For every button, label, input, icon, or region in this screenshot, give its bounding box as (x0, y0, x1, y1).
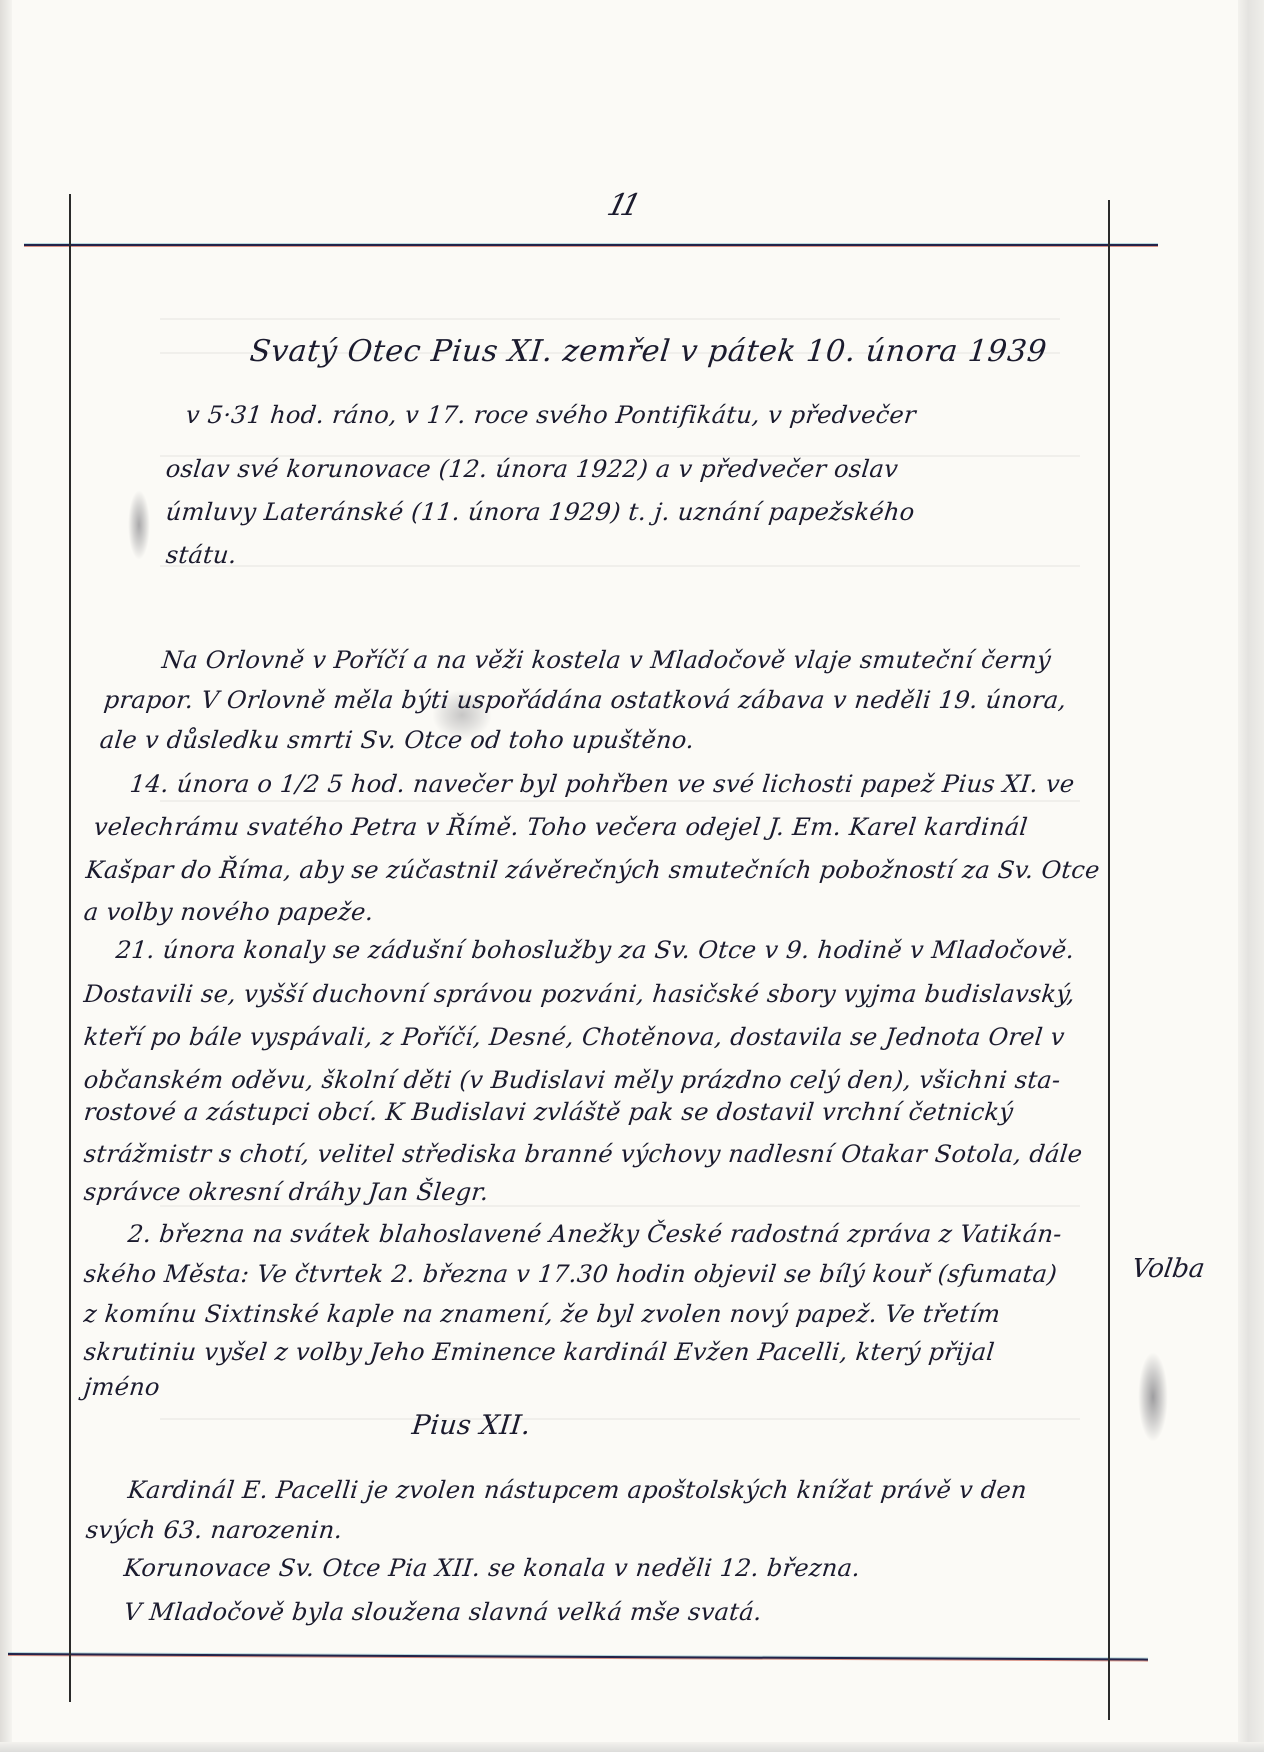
text-line: velechrámu svatého Petra v Římě. Toho ve… (93, 815, 1029, 839)
text-line: Dostavili se, vyšší duchovní správou poz… (83, 982, 1077, 1006)
ink-smudge (128, 490, 150, 560)
right-margin-line (1108, 200, 1110, 1720)
chronicle-page: 11 Svatý Otec Pius XI. zemřel v pátek 10… (0, 0, 1264, 1752)
text-line: v 5·31 hod. ráno, v 17. roce svého Ponti… (185, 403, 917, 427)
scan-edge-left (0, 0, 12, 1752)
text-line: státu. (165, 543, 238, 567)
bleed-through-line (160, 565, 1080, 567)
scan-edge-right (1238, 0, 1264, 1752)
bottom-rule-line (8, 1653, 1148, 1661)
text-line: úmluvy Lateránské (11. února 1929) t. j.… (165, 500, 916, 524)
text-line: jméno (83, 1375, 161, 1399)
text-line: a volby nového papeže. (83, 900, 375, 924)
top-rule-line (24, 244, 1158, 246)
text-line: skrutiniu vyšel z volby Jeho Eminence ka… (83, 1340, 996, 1364)
text-line: Kašpar do Říma, aby se zúčastnil závěreč… (85, 858, 1101, 882)
text-line: Kardinál E. Pacelli je zvolen nástupcem … (127, 1478, 1028, 1502)
text-line: ale v důsledku smrti Sv. Otce od toho up… (99, 728, 696, 752)
text-line: strážmistr s chotí, velitel střediska br… (83, 1142, 1084, 1166)
text-line: svých 63. narozenin. (85, 1518, 344, 1542)
left-margin-line (69, 194, 71, 1702)
text-line: prapor. V Orlovně měla býti uspořádána o… (103, 688, 1068, 712)
text-line: správce okresní dráhy Jan Šlegr. (83, 1180, 490, 1204)
text-line: 14. února o 1/2 5 hod. navečer byl pohřb… (129, 772, 1076, 796)
text-line: z komínu Sixtinské kaple na znamení, že … (83, 1302, 1002, 1326)
text-line: rostové a zástupci obcí. K Budislavi zvl… (83, 1100, 1015, 1124)
text-line: 2. března na svátek blahoslavené Anežky … (127, 1222, 1063, 1246)
bleed-through-line (160, 1418, 1080, 1420)
ink-smudge (1138, 1352, 1168, 1442)
scan-edge-bottom (0, 1742, 1264, 1752)
section-heading: Pius XII. (411, 1412, 532, 1439)
entry-title: Svatý Otec Pius XI. zemřel v pátek 10. ú… (248, 337, 1048, 367)
text-line: 21. února konaly se zádušní bohoslužby z… (115, 938, 1076, 962)
text-line: ského Města: Ve čtvrtek 2. března v 17.3… (83, 1262, 1059, 1286)
page-number: 11 (604, 188, 639, 223)
text-line: Korunovace Sv. Otce Pia XII. se konala v… (123, 1556, 862, 1580)
bleed-through-line (160, 318, 1060, 320)
text-line: V Mladočově byla sloužena slavná velká m… (123, 1600, 763, 1624)
text-line: kteří po bále vyspávali, z Poříčí, Desné… (83, 1025, 1066, 1049)
margin-note-volba: Volba (1130, 1254, 1207, 1284)
text-line: občanském oděvu, školní děti (v Budislav… (83, 1068, 1062, 1092)
text-line: oslav své korunovace (12. února 1922) a … (165, 457, 900, 481)
text-line: Na Orlovně v Poříčí a na věži kostela v … (161, 648, 1052, 672)
bleed-through-line (160, 800, 1080, 802)
